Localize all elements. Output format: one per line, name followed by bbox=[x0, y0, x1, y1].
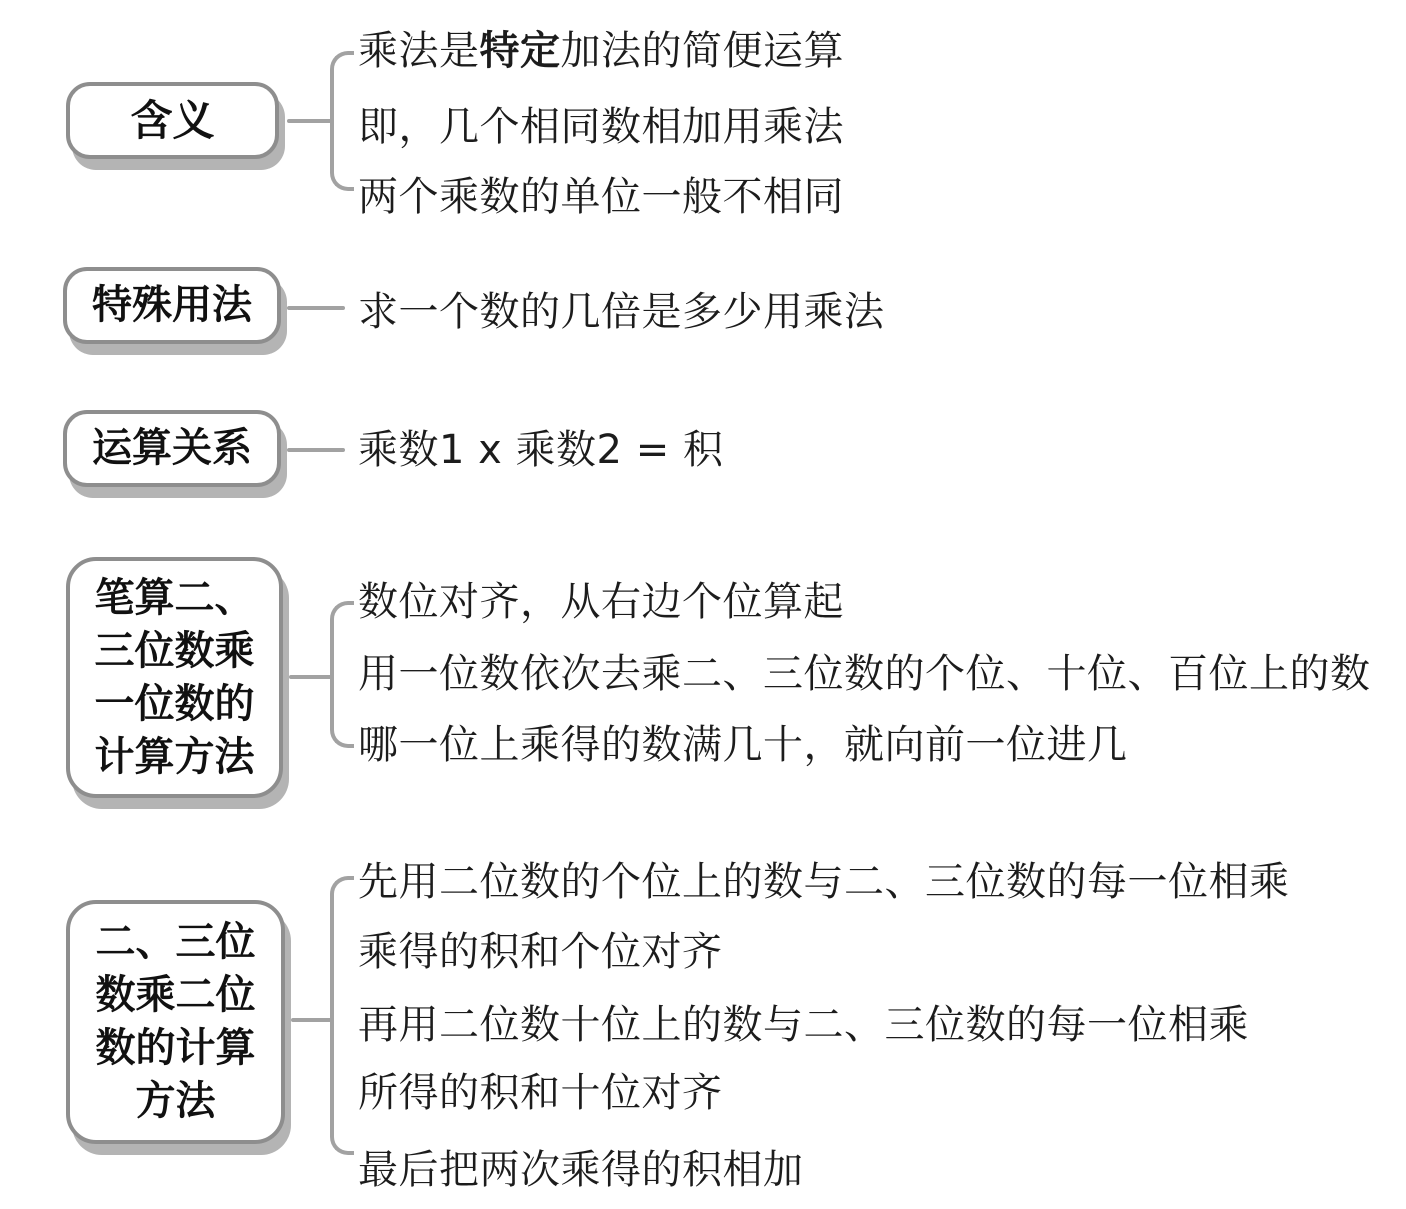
branch-text: 最后把两次乘得的积相加 bbox=[358, 1147, 804, 1193]
branch-text: 乘得的积和个位对齐 bbox=[358, 929, 723, 975]
branch-text: 乘法是特定加法的简便运算 bbox=[358, 28, 844, 74]
branch-bracket bbox=[330, 601, 354, 748]
branch-text: 哪一位上乘得的数满几十，就向前一位进几 bbox=[358, 722, 1128, 768]
branch-text: 所得的积和十位对齐 bbox=[358, 1070, 723, 1116]
node-operation-relation: 运算关系 bbox=[63, 410, 281, 487]
connector-line bbox=[289, 675, 332, 679]
node-label: 含义 bbox=[130, 94, 214, 147]
branch-text: 先用二位数的个位上的数与二、三位数的每一位相乘 bbox=[358, 859, 1290, 905]
connector-line bbox=[291, 1018, 332, 1022]
node-label-line: 一位数的 bbox=[95, 678, 255, 731]
branch-text: 两个乘数的单位一般不相同 bbox=[358, 174, 844, 220]
node-special-usage: 特殊用法 bbox=[63, 267, 281, 344]
connector-line bbox=[287, 448, 345, 452]
branch-text: 求一个数的几倍是多少用乘法 bbox=[358, 289, 885, 335]
branch-text: 乘数1 x 乘数2 = 积 bbox=[358, 427, 723, 473]
node-label-line: 数的计算 bbox=[96, 1022, 256, 1075]
node-label-line: 二、三位 bbox=[96, 916, 256, 969]
branch-text: 即，几个相同数相加用乘法 bbox=[358, 104, 844, 150]
branch-text-pre: 乘法是 bbox=[358, 28, 480, 74]
connector-line bbox=[287, 119, 332, 123]
branch-text: 用一位数依次去乘二、三位数的个位、十位、百位上的数 bbox=[358, 651, 1371, 697]
connector-line bbox=[287, 306, 345, 310]
branch-text-emphasis: 特定 bbox=[480, 28, 561, 74]
node-label-line: 方法 bbox=[136, 1075, 216, 1128]
branch-text-post: 加法的简便运算 bbox=[561, 28, 845, 74]
node-label-line: 笔算二、 bbox=[95, 572, 255, 625]
node-label-line: 计算方法 bbox=[95, 731, 255, 784]
branch-bracket bbox=[330, 876, 354, 1155]
node-label-line: 三位数乘 bbox=[95, 625, 255, 678]
node-meaning: 含义 bbox=[66, 82, 279, 159]
branch-text: 数位对齐，从右边个位算起 bbox=[358, 579, 844, 625]
mindmap-canvas: 含义 乘法是特定加法的简便运算 即，几个相同数相加用乘法 两个乘数的单位一般不相… bbox=[0, 0, 1406, 1209]
node-label: 特殊用法 bbox=[92, 279, 252, 332]
branch-text: 再用二位数十位上的数与二、三位数的每一位相乘 bbox=[358, 1002, 1249, 1048]
node-label: 运算关系 bbox=[92, 422, 252, 475]
node-label-line: 数乘二位 bbox=[96, 969, 256, 1022]
node-written-method-one-digit: 笔算二、 三位数乘 一位数的 计算方法 bbox=[66, 557, 283, 798]
node-method-two-digit: 二、三位 数乘二位 数的计算 方法 bbox=[66, 900, 285, 1144]
branch-bracket bbox=[330, 51, 354, 191]
